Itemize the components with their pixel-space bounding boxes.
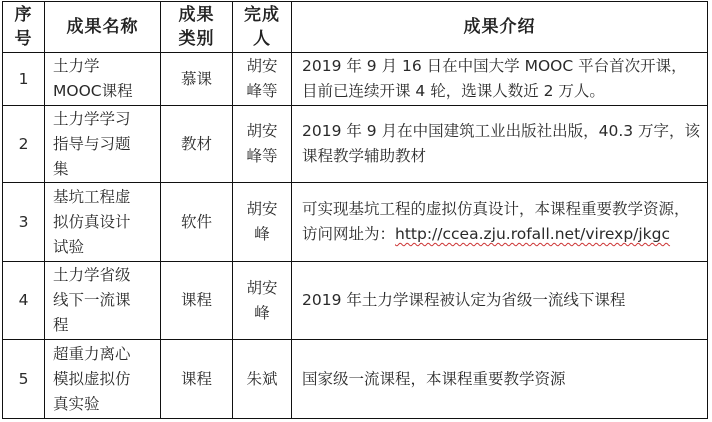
header-author: 完成人 — [233, 2, 292, 53]
row-name: 土力学 MOOC课程 — [45, 53, 161, 106]
row-category: 慕课 — [161, 53, 233, 106]
header-index: 序号 — [3, 2, 45, 53]
row-description: 可实现基坑工程的虚拟仿真设计，本课程重要教学资源，访问网址为：http://cc… — [292, 183, 708, 262]
row-description: 2019 年土力学课程被认定为省级一流线下课程 — [292, 262, 708, 340]
table-row: 2 土力学学习指导与习题集 教材 胡安峰等 2019 年 9 月在中国建筑工业出… — [3, 106, 708, 183]
resource-link[interactable]: http://ccea.zju.rofall.net/virexp/jkgc — [395, 225, 670, 243]
header-description: 成果介绍 — [292, 2, 708, 53]
table-row: 4 土力学省级线下一流课程 课程 胡安峰 2019 年土力学课程被认定为省级一流… — [3, 262, 708, 340]
row-category: 教材 — [161, 106, 233, 183]
row-description: 国家级一流课程，本课程重要教学资源 — [292, 340, 708, 419]
row-category: 课程 — [161, 262, 233, 340]
row-name: 基坑工程虚拟仿真设计试验 — [45, 183, 161, 262]
table-row: 5 超重力离心模拟虚拟仿真实验 课程 朱斌 国家级一流课程，本课程重要教学资源 — [3, 340, 708, 419]
row-category: 软件 — [161, 183, 233, 262]
row-name: 土力学学习指导与习题集 — [45, 106, 161, 183]
row-author: 胡安峰 — [233, 262, 292, 340]
row-author: 胡安峰等 — [233, 53, 292, 106]
row-category: 课程 — [161, 340, 233, 419]
row-name: 超重力离心模拟虚拟仿真实验 — [45, 340, 161, 419]
table-row: 1 土力学 MOOC课程 慕课 胡安峰等 2019 年 9 月 16 日在中国大… — [3, 53, 708, 106]
achievements-table: 序号 成果名称 成果类别 完成人 成果介绍 1 土力学 MOOC课程 慕课 胡安… — [2, 1, 708, 419]
header-name: 成果名称 — [45, 2, 161, 53]
row-index: 3 — [3, 183, 45, 262]
row-index: 1 — [3, 53, 45, 106]
row-author: 胡安峰等 — [233, 106, 292, 183]
row-name: 土力学省级线下一流课程 — [45, 262, 161, 340]
row-index: 4 — [3, 262, 45, 340]
table-row: 3 基坑工程虚拟仿真设计试验 软件 胡安峰 可实现基坑工程的虚拟仿真设计，本课程… — [3, 183, 708, 262]
row-index: 5 — [3, 340, 45, 419]
row-index: 2 — [3, 106, 45, 183]
header-category: 成果类别 — [161, 2, 233, 53]
row-description: 2019 年 9 月在中国建筑工业出版社出版，40.3 万字，该课程教学辅助教材 — [292, 106, 708, 183]
row-author: 胡安峰 — [233, 183, 292, 262]
row-author: 朱斌 — [233, 340, 292, 419]
header-row: 序号 成果名称 成果类别 完成人 成果介绍 — [3, 2, 708, 53]
row-description: 2019 年 9 月 16 日在中国大学 MOOC 平台首次开课，目前已连续开课… — [292, 53, 708, 106]
